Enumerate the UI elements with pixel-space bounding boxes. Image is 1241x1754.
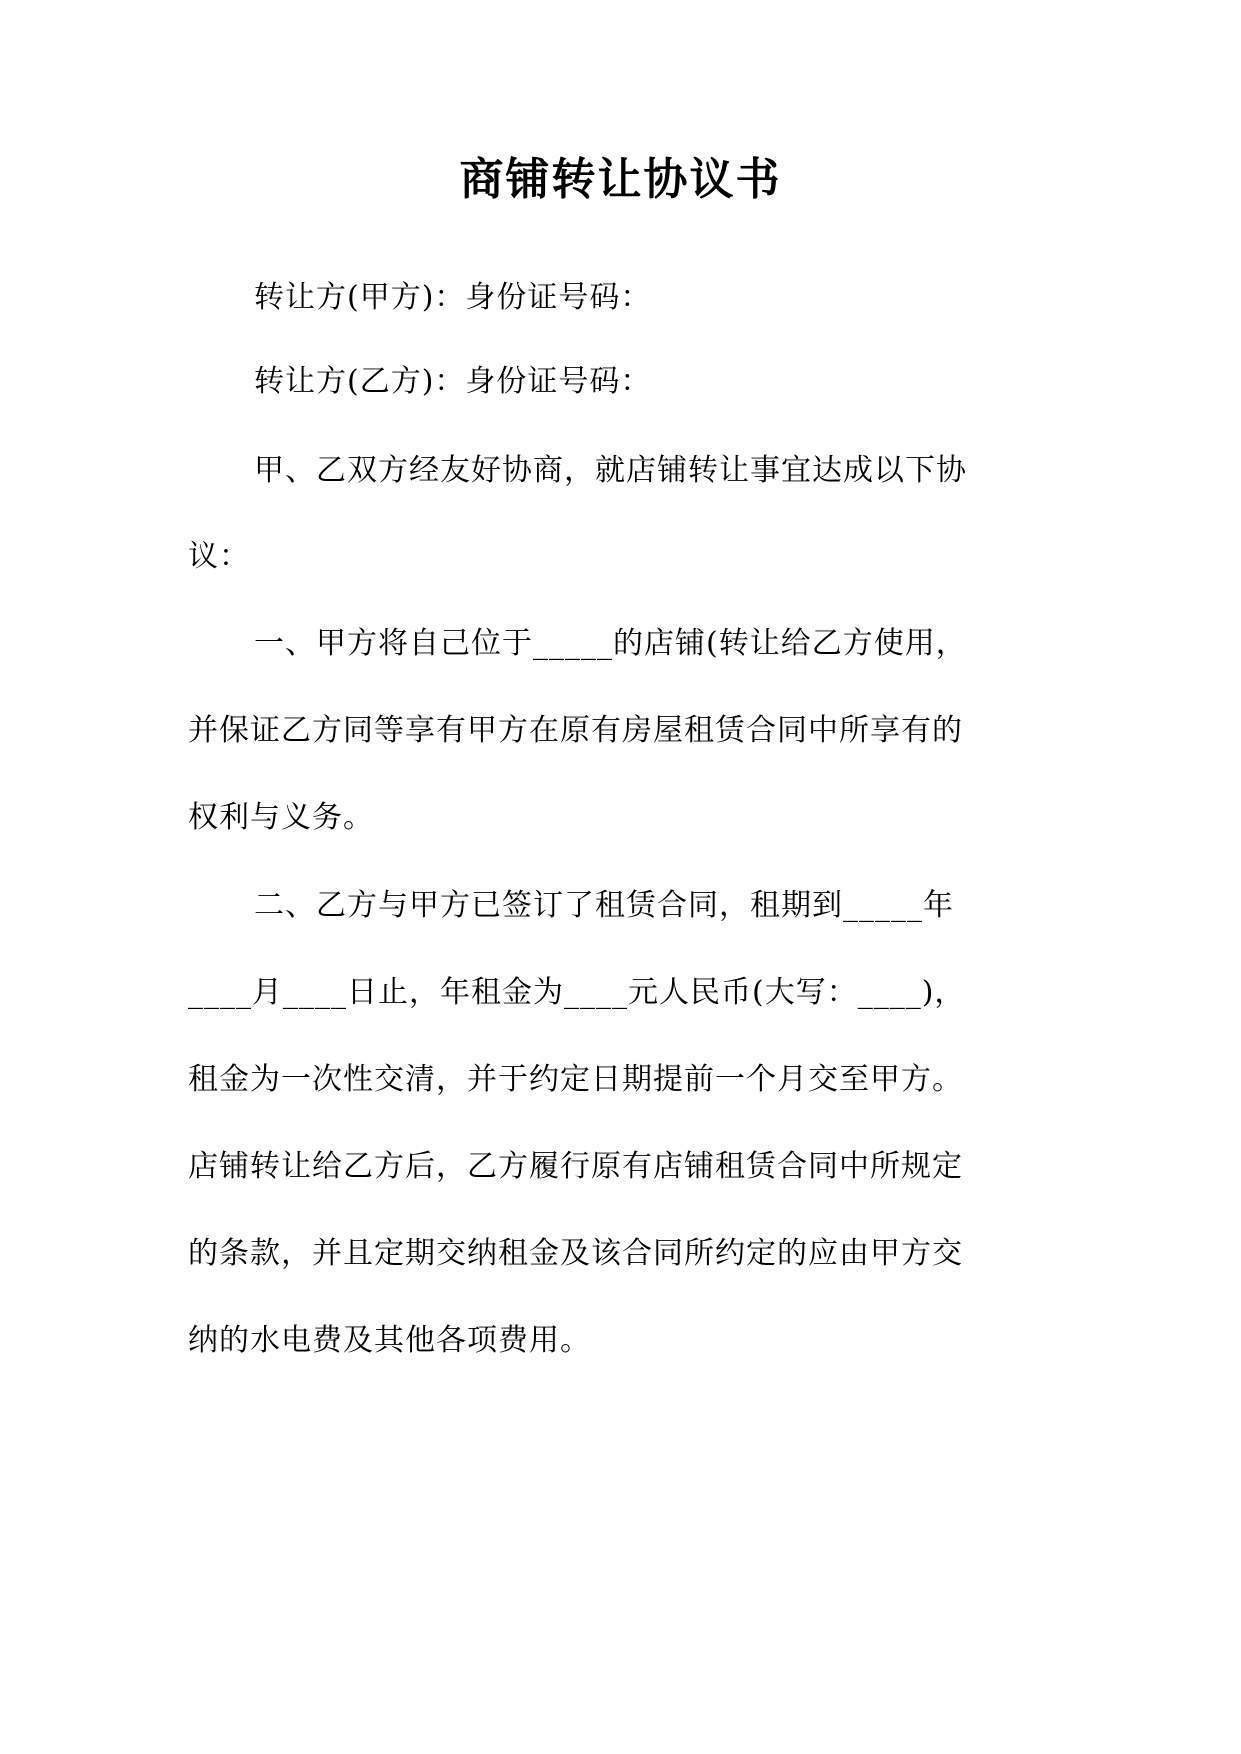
party-a-line: 转让方(甲方)：身份证号码： [254, 278, 1114, 318]
clause-2-line-2: ____月____日止，年租金为____元人民币(大写：____)， [188, 973, 1048, 1013]
clause-1-line-1: 一、甲方将自己位于_____的店铺(转让给乙方使用， [254, 624, 1114, 664]
document-title: 商铺转让协议书 [0, 150, 1241, 210]
clause-2-line-5: 的条款，并且定期交纳租金及该合同所约定的应由甲方交 [188, 1234, 1048, 1274]
document-page: 商铺转让协议书 转让方(甲方)：身份证号码： 转让方(乙方)：身份证号码： 甲、… [0, 0, 1241, 1754]
party-b-line: 转让方(乙方)：身份证号码： [254, 362, 1114, 402]
clause-2-line-4: 店铺转让给乙方后，乙方履行原有店铺租赁合同中所规定 [188, 1147, 1048, 1187]
clause-1-line-3: 权利与义务。 [188, 798, 1048, 838]
preamble-line-1: 甲、乙双方经友好协商，就店铺转让事宜达成以下协 [254, 451, 1114, 491]
clause-2-line-3: 租金为一次性交清，并于约定日期提前一个月交至甲方。 [188, 1060, 1048, 1100]
clause-2-line-1: 二、乙方与甲方已签订了租赁合同，租期到_____年 [254, 886, 1114, 926]
preamble-line-2: 议： [188, 537, 1048, 577]
clause-2-line-6: 纳的水电费及其他各项费用。 [188, 1321, 1048, 1361]
clause-1-line-2: 并保证乙方同等享有甲方在原有房屋租赁合同中所享有的 [188, 711, 1048, 751]
